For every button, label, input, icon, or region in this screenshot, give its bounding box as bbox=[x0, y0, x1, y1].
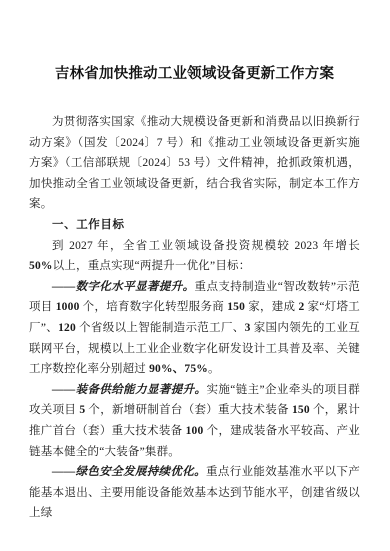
bold-key-figure: 50% bbox=[29, 260, 53, 272]
section-heading-work-goals: 一、工作目标 bbox=[29, 215, 360, 236]
text-run: 以上，重点实现“两提升一优化”目标： bbox=[53, 260, 251, 272]
document-page: 吉林省加快推动工业领域设备更新工作方案 为贯彻落实国家《推动大规模设备更新和消费… bbox=[0, 0, 390, 551]
document-body: 为贯彻落实国家《推动大规模设备更新和消费品以旧换新行动方案》（国发〔2024〕7… bbox=[29, 112, 360, 524]
bold-key-figure: 90%、75% bbox=[149, 363, 208, 375]
bold-key-figure: 100 bbox=[186, 425, 204, 437]
text-run: 个省级以上智能制造示范工厂、 bbox=[76, 322, 245, 334]
leadin-emphasis-text: ——数字化水平显著提升。 bbox=[52, 281, 195, 293]
text-run: 。 bbox=[208, 363, 220, 375]
paragraph-digitalization-target: ——数字化水平显著提升。重点支持制造业“智改数转”示范项目 1000 个，培育数… bbox=[29, 277, 360, 380]
bold-key-figure: 120 bbox=[58, 322, 76, 334]
text-run: 个，培育数字化转型服务商 bbox=[80, 301, 228, 313]
paragraph-overall-target: 到 2027 年，全省工业领域设备投资规模较 2023 年增长 50%以上，重点… bbox=[29, 236, 360, 277]
leadin-emphasis-text: ——装备供给能力显著提升。 bbox=[52, 384, 206, 396]
paragraph-preamble: 为贯彻落实国家《推动大规模设备更新和消费品以旧换新行动方案》（国发〔2024〕7… bbox=[29, 112, 360, 215]
document-title: 吉林省加快推动工业领域设备更新工作方案 bbox=[29, 63, 360, 86]
bold-key-figure: 1000 bbox=[56, 301, 80, 313]
bold-key-figure: 150 bbox=[292, 404, 310, 416]
text-run: 为贯彻落实国家《推动大规模设备更新和消费品以旧换新行动方案》（国发〔2024〕7… bbox=[29, 116, 360, 210]
text-run: 家，建成 bbox=[245, 301, 298, 313]
leadin-emphasis-text: ——绿色安全发展持续优化。 bbox=[52, 466, 206, 478]
paragraph-green-safety-target: ——绿色安全发展持续优化。重点行业能效基准水平以下产能基本退出、主要用能设备能效… bbox=[29, 462, 360, 524]
text-run: 到 2027 年，全省工业领域设备投资规模较 2023 年增长 bbox=[52, 240, 360, 252]
bold-key-figure: 150 bbox=[227, 301, 245, 313]
paragraph-equipment-supply-target: ——装备供给能力显著提升。实施“链主”企业牵头的项目群攻关项目 5 个，新增研制… bbox=[29, 380, 360, 462]
bold-key-figure: 一、工作目标 bbox=[52, 219, 125, 231]
text-run: 个，新增研制首台（套）重大技术装备 bbox=[85, 404, 292, 416]
